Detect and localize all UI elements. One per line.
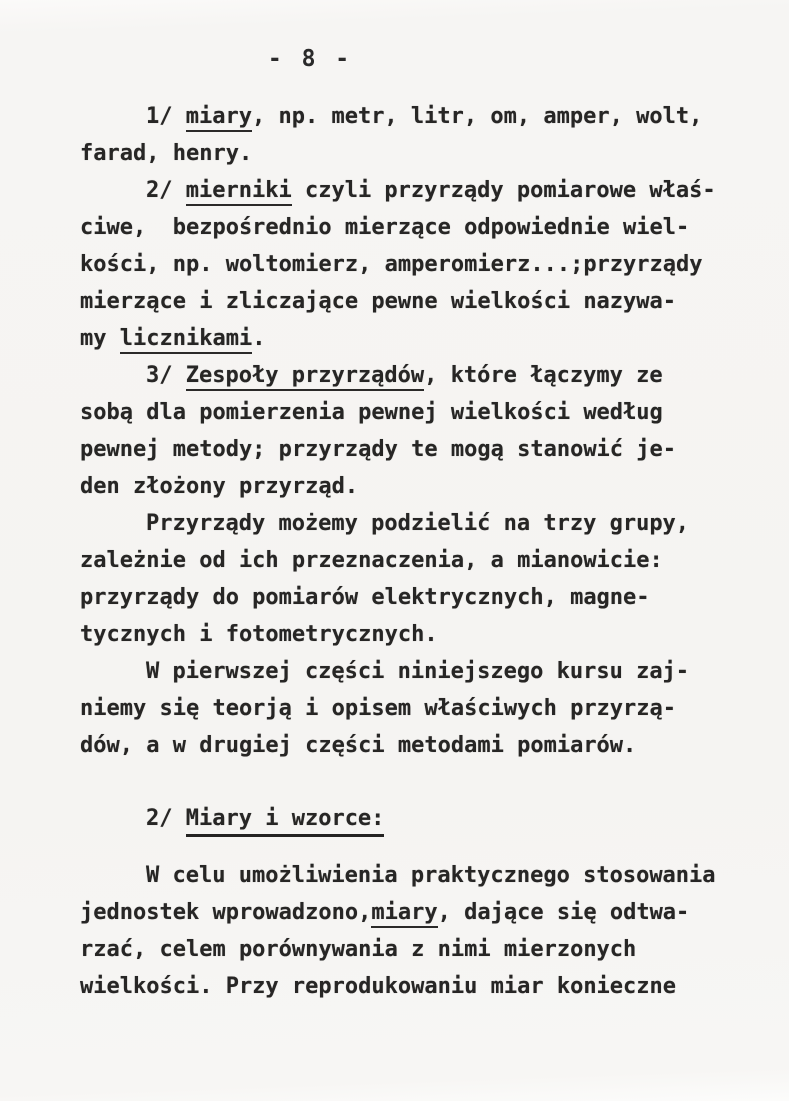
text-line: sobą dla pomierzenia pewnej wielkości we… [80, 394, 719, 431]
text-segment: czyli przyrządy pomiarowe właś- [292, 178, 716, 203]
paragraph: 3/ Zespoły przyrządów, które łączymy zes… [80, 357, 719, 505]
text-segment: ciwe, bezpośrednio mierzące odpowiednie … [80, 215, 689, 240]
text-line: farad, henry. [80, 135, 719, 172]
text-line: kości, np. woltomierz, amperomierz...;pr… [80, 246, 719, 283]
text-line: pewnej metody; przyrządy te mogą stanowi… [80, 431, 719, 468]
paragraph: W celu umożliwienia praktycznego stosowa… [80, 857, 719, 1005]
text-segment: den złożony przyrząd. [80, 474, 358, 499]
text-line: Przyrządy możemy podzielić na trzy grupy… [80, 505, 719, 542]
paragraph: W pierwszej części niniejszego kursu zaj… [80, 653, 719, 764]
underlined-text: miary [186, 104, 252, 132]
text-line: ciwe, bezpośrednio mierzące odpowiednie … [80, 209, 719, 246]
text-segment: niemy się teorją i opisem właściwych prz… [80, 696, 676, 721]
text-segment: dów, a w drugiej części metodami pomiaró… [80, 733, 636, 758]
text-segment: 3/ [146, 363, 186, 388]
document-body: 1/ miary, np. metr, litr, om, amper, wol… [0, 98, 789, 1005]
text-line: den złożony przyrząd. [80, 468, 719, 505]
text-line: 1/ miary, np. metr, litr, om, amper, wol… [80, 98, 719, 135]
text-segment: , dające się odtwa- [438, 900, 690, 925]
text-line: rzać, celem porównywania z nimi mierzony… [80, 931, 719, 968]
text-segment: W pierwszej części niniejszego kursu zaj… [146, 659, 689, 684]
text-segment: jednostek wprowadzono, [80, 900, 371, 925]
text-segment: tycznych i fotometrycznych. [80, 622, 438, 647]
text-line: 3/ Zespoły przyrządów, które łączymy ze [80, 357, 719, 394]
paragraph: 1/ miary, np. metr, litr, om, amper, wol… [80, 98, 719, 172]
underlined-text: mierniki [186, 178, 292, 206]
text-segment: wielkości. Przy reprodukowaniu miar koni… [80, 974, 676, 999]
text-line: my licznikami. [80, 320, 719, 357]
paragraph: Przyrządy możemy podzielić na trzy grupy… [80, 505, 719, 653]
text-line: tycznych i fotometrycznych. [80, 616, 719, 653]
text-line: mierzące i zliczające pewne wielkości na… [80, 283, 719, 320]
section-heading: 2/ Miary i wzorce: [80, 800, 719, 837]
text-segment: 2/ [146, 806, 186, 831]
text-segment: Przyrządy możemy podzielić na trzy grupy… [146, 511, 689, 536]
text-line: przyrządy do pomiarów elektrycznych, mag… [80, 579, 719, 616]
underlined-text: Miary i wzorce: [186, 806, 385, 837]
text-line: zależnie od ich przeznaczenia, a mianowi… [80, 542, 719, 579]
text-segment: , które łączymy ze [424, 363, 662, 388]
text-line: wielkości. Przy reprodukowaniu miar koni… [80, 968, 719, 1005]
text-segment: zależnie od ich przeznaczenia, a mianowi… [80, 548, 663, 573]
paragraph: 2/ mierniki czyli przyrządy pomiarowe wł… [80, 172, 719, 357]
text-segment: , np. metr, litr, om, amper, wolt, [252, 104, 702, 129]
text-line: 2/ mierniki czyli przyrządy pomiarowe wł… [80, 172, 719, 209]
underlined-text: licznikami [120, 326, 252, 354]
text-line: jednostek wprowadzono,miary, dające się … [80, 894, 719, 931]
underlined-text: miary [371, 900, 437, 928]
text-line: dów, a w drugiej części metodami pomiaró… [80, 727, 719, 764]
text-segment: pewnej metody; przyrządy te mogą stanowi… [80, 437, 676, 462]
text-segment: my [80, 326, 120, 351]
text-segment: rzać, celem porównywania z nimi mierzony… [80, 937, 636, 962]
text-line: W pierwszej części niniejszego kursu zaj… [80, 653, 719, 690]
page-number: - 8 - [0, 46, 620, 72]
text-segment: mierzące i zliczające pewne wielkości na… [80, 289, 676, 314]
document-page: - 8 - 1/ miary, np. metr, litr, om, ampe… [0, 0, 789, 1101]
text-segment: kości, np. woltomierz, amperomierz...;pr… [80, 252, 703, 277]
text-line: 2/ Miary i wzorce: [80, 800, 719, 837]
underlined-text: Zespoły przyrządów [186, 363, 424, 391]
text-segment: W celu umożliwienia praktycznego stosowa… [146, 863, 716, 888]
text-segment: 2/ [146, 178, 186, 203]
text-segment: 1/ [146, 104, 186, 129]
text-line: W celu umożliwienia praktycznego stosowa… [80, 857, 719, 894]
text-segment: farad, henry. [80, 141, 252, 166]
text-segment: przyrządy do pomiarów elektrycznych, mag… [80, 585, 650, 610]
text-segment: sobą dla pomierzenia pewnej wielkości we… [80, 400, 663, 425]
text-segment: . [252, 326, 265, 351]
text-line: niemy się teorją i opisem właściwych prz… [80, 690, 719, 727]
